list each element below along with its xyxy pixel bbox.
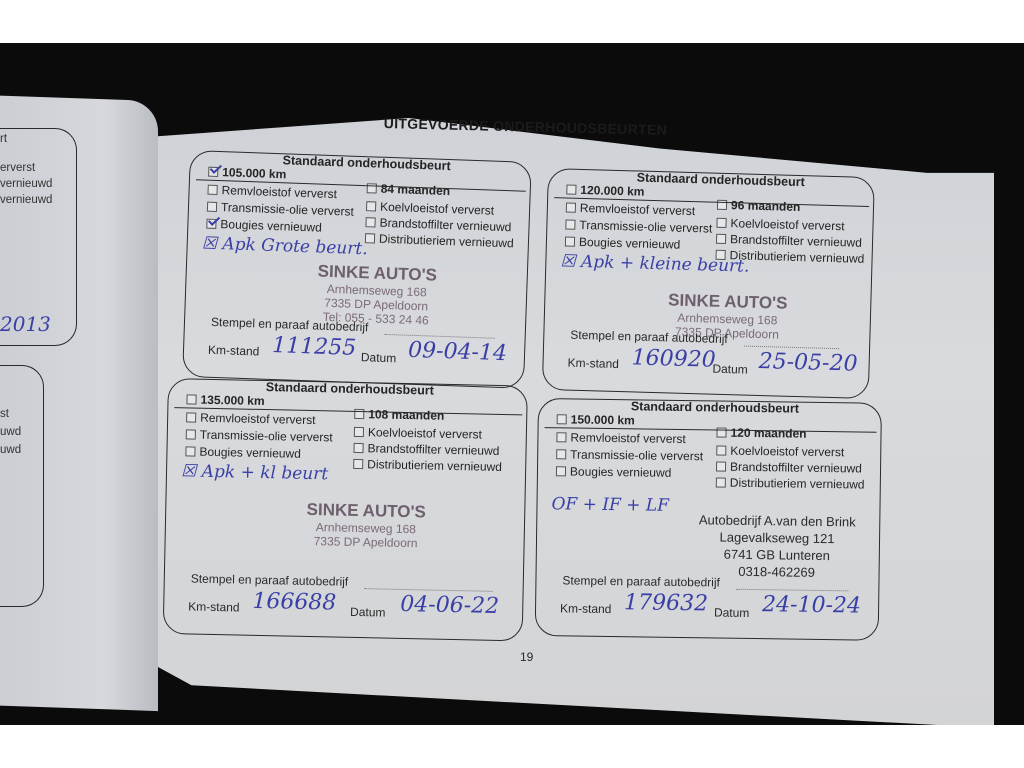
checkbox-icon[interactable] [207,202,217,212]
entry-task-checkbox[interactable]: Bougies vernieuwd [206,217,322,235]
bottom-white-band [0,725,1024,768]
left-page-fragment: rt [0,133,7,145]
entry-months-checkbox[interactable]: 96 maanden [717,198,801,214]
task-label: Bougies vernieuwd [570,464,672,479]
entry-months-label: 120 maanden [730,426,806,441]
task-label: Distributieriem vernieuwd [729,248,864,266]
entry-task-checkbox[interactable]: Koelvloeistof ververst [716,443,844,459]
entry-task-checkbox[interactable]: Brandstoffilter vernieuwd [353,441,499,458]
stamp-company-name: Autobedrijf A.van den Brink [681,511,873,531]
date-label: Datum [712,362,748,377]
checkbox-icon[interactable] [206,219,216,229]
entry-months-checkbox[interactable]: 120 maanden [716,425,806,440]
page-number: 19 [520,650,533,664]
task-label: Transmissie-olie ververst [221,200,354,219]
checkbox-icon[interactable] [556,466,566,476]
checkbox-icon[interactable] [557,414,567,424]
km-stand-label: Km-stand [560,601,612,616]
entry-months-label: 96 maanden [731,198,801,214]
task-label: Koelvloeistof ververst [380,200,494,218]
task-label: Brandstoffilter vernieuwd [730,232,862,250]
entry-months-checkbox[interactable]: 108 maanden [354,407,444,423]
task-label: Transmissie-olie ververst [579,218,712,236]
checkbox-icon[interactable] [186,429,196,439]
checkbox-icon[interactable] [186,412,196,422]
garage-stamp: Autobedrijf A.van den Brink Lagevalksewe… [680,511,873,582]
checkbox-icon[interactable] [565,220,575,230]
entry-km-checkbox[interactable]: 135.000 km [186,392,264,408]
task-label: Remvloeistof ververst [221,183,337,201]
task-label: Bougies vernieuwd [579,235,681,252]
entry-months-label: 84 maanden [381,182,451,198]
task-label: Transmissie-olie ververst [200,428,333,445]
entry-task-checkbox[interactable]: Distributieriem vernieuwd [716,475,865,491]
km-stand-value: 166688 [252,589,336,616]
task-label: Distributieriem vernieuwd [367,457,502,474]
handwritten-note: ☒ Apk Grote beurt. [201,233,368,259]
entry-task-checkbox[interactable]: Bougies vernieuwd [185,444,301,460]
entry-task-checkbox[interactable]: Remvloeistof ververst [186,410,316,427]
left-page-fragment: uwd [0,426,21,438]
entry-km-checkbox[interactable]: 150.000 km [557,412,635,427]
checkbox-icon[interactable] [556,432,566,442]
left-page-box-lower [0,365,44,607]
handwritten-note: ☒ Apk + kl beurt [181,461,329,484]
task-label: Brandstoffilter vernieuwd [730,460,862,476]
service-entry-3: Standaard onderhoudsbeurt135.000 km108 m… [163,378,528,641]
task-label: Distributieriem vernieuwd [379,232,514,251]
signature-line [365,587,493,592]
checkbox-icon[interactable] [353,459,363,469]
task-label: Distributieriem vernieuwd [730,476,865,492]
service-entry-1: Standaard onderhoudsbeurt105.000 km84 ma… [182,150,532,389]
service-entry-4: Standaard onderhoudsbeurt150.000 km120 m… [535,398,882,641]
checkbox-icon[interactable] [186,394,196,404]
km-stand-value: 111255 [272,333,357,361]
checkbox-icon[interactable] [354,427,364,437]
entry-km-checkbox[interactable]: 105.000 km [208,165,287,182]
entry-task-checkbox[interactable]: Remvloeistof ververst [566,201,696,219]
checkbox-icon[interactable] [207,185,217,195]
task-label: Remvloeistof ververst [570,430,686,446]
task-label: Bougies vernieuwd [220,217,322,235]
signature-line [736,588,848,592]
task-label: Koelvloeistof ververst [730,216,844,233]
entry-task-checkbox[interactable]: Distributieriem vernieuwd [353,457,502,474]
checkbox-icon[interactable] [365,217,375,227]
left-page-fragment: erverst [0,162,35,174]
task-label: Koelvloeistof ververst [368,425,482,441]
entry-task-checkbox[interactable]: Koelvloeistof ververst [354,425,482,442]
checkbox-icon[interactable] [366,201,376,211]
entry-months-label: 108 maanden [368,407,444,423]
km-stand-label: Km-stand [208,343,260,359]
checkbox-icon[interactable] [208,167,218,177]
entry-km-checkbox[interactable]: 120.000 km [566,183,644,199]
left-page-fragment: vernieuwd [0,194,52,206]
checkbox-icon[interactable] [556,449,566,459]
checkbox-icon[interactable] [716,218,726,228]
date-value: 09-04-14 [408,338,508,366]
service-entry-2: Standaard onderhoudsbeurt120.000 km96 ma… [542,168,875,399]
entry-task-checkbox[interactable]: Remvloeistof ververst [207,183,337,202]
entry-task-checkbox[interactable]: Brandstoffilter vernieuwd [716,459,862,475]
date-value: 24-10-24 [762,592,861,618]
checkbox-icon[interactable] [716,461,726,471]
left-page-handwritten-year: 2013 [0,312,51,336]
stamp-signature-label: Stempel en paraaf autobedrijf [570,328,728,346]
task-label: Remvloeistof ververst [580,201,696,218]
entry-km-label: 105.000 km [222,165,287,181]
entry-km-label: 120.000 km [580,183,644,199]
checkbox-icon[interactable] [185,446,195,456]
entry-title: Standaard onderhoudsbeurt [266,380,434,398]
checkbox-icon[interactable] [716,477,726,487]
entry-title: Standaard onderhoudsbeurt [631,399,799,415]
entry-task-checkbox[interactable]: Transmissie-olie ververst [556,447,703,463]
entry-task-checkbox[interactable]: Bougies vernieuwd [556,464,672,480]
task-label: Bougies vernieuwd [199,445,301,461]
date-value: 25-05-20 [758,349,858,377]
task-label: Transmissie-olie ververst [570,447,703,463]
date-label: Datum [350,605,386,620]
entry-months-checkbox[interactable]: 84 maanden [367,181,451,198]
handwritten-note: ☒ Apk + kleine beurt. [560,251,750,276]
entry-km-label: 150.000 km [571,412,635,427]
entry-task-checkbox[interactable]: Brandstoffilter vernieuwd [716,232,862,250]
task-label: Brandstoffilter vernieuwd [367,441,499,458]
garage-stamp: SINKE AUTO'S Arnhemseweg 1687335 DP Apel… [272,499,459,551]
entry-task-checkbox[interactable]: Transmissie-olie ververst [565,218,712,236]
stamp-address-line: 7335 DP Apeldoorn [272,533,458,551]
km-stand-label: Km-stand [188,599,240,614]
entry-task-checkbox[interactable]: Transmissie-olie ververst [186,427,333,444]
date-value: 04-06-22 [400,592,499,619]
checkbox-icon[interactable] [353,443,363,453]
km-stand-label: Km-stand [567,356,619,371]
checkbox-icon[interactable] [566,185,576,195]
entry-task-checkbox[interactable]: Transmissie-olie ververst [207,200,354,219]
entry-task-checkbox[interactable]: Koelvloeistof ververst [716,216,844,234]
date-label: Datum [714,605,750,619]
stamp-signature-label: Stempel en paraaf autobedrijf [191,572,349,589]
task-label: Remvloeistof ververst [200,411,316,427]
entry-task-checkbox[interactable]: Bougies vernieuwd [565,235,681,252]
task-label: Koelvloeistof ververst [730,444,844,460]
entry-task-checkbox[interactable]: Remvloeistof ververst [556,430,686,446]
checkbox-icon[interactable] [565,237,575,247]
checkbox-icon[interactable] [716,445,726,455]
date-label: Datum [361,350,397,365]
km-stand-value: 160920 [631,345,716,372]
checkbox-icon[interactable] [716,234,726,244]
entry-task-checkbox[interactable]: Distributieriem vernieuwd [365,231,514,250]
entry-km-label: 135.000 km [200,393,264,408]
km-stand-value: 179632 [624,590,708,616]
left-page-fragment: st [0,408,9,420]
left-page-fragment: uwd [0,444,21,456]
left-page-fragment: vernieuwd [0,178,52,190]
handwritten-note: OF + IF + LF [551,494,669,516]
stamp-signature-label: Stempel en paraaf autobedrijf [562,573,720,589]
checkbox-icon[interactable] [566,203,576,213]
top-white-band [0,0,1024,43]
